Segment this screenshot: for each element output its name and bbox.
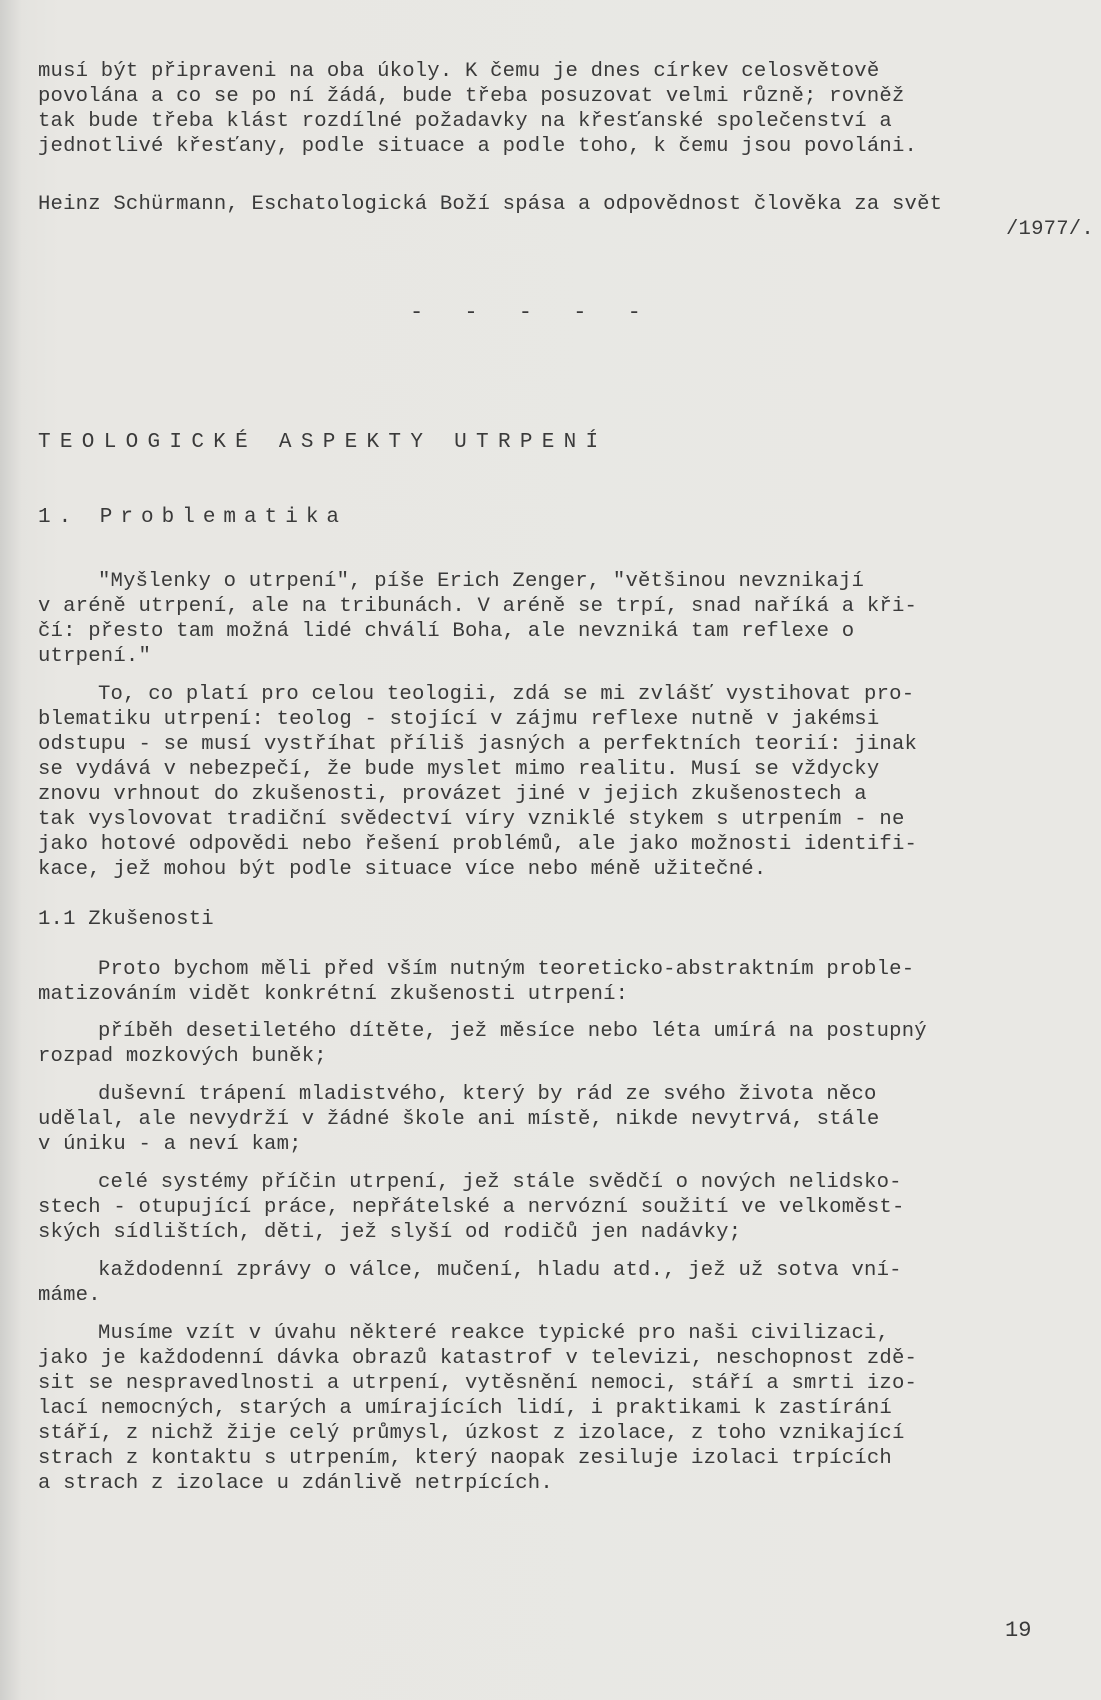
text-line: a strach z izolace u zdánlivě netrpících… xyxy=(38,1472,553,1496)
text-line: matizováním vidět konkrétní zkušenosti u… xyxy=(38,983,628,1007)
text-line: stáří, z nichž žije celý průmysl, úzkost… xyxy=(38,1422,905,1446)
text-line: znovu vrhnout do zkušenosti, provázet ji… xyxy=(38,783,867,807)
text-line: "Myšlenky o utrpení", píše Erich Zenger,… xyxy=(98,570,864,594)
text-line: duševní trápení mladistvého, který by rá… xyxy=(98,1083,877,1107)
text-line: každodenní zprávy o válce, mučení, hladu… xyxy=(98,1259,902,1283)
text-line: příběh desetiletého dítěte, jež měsíce n… xyxy=(98,1020,927,1044)
text-line: rozpad mozkových buněk; xyxy=(38,1045,327,1069)
text-line: čí: přesto tam možná lidé chválí Boha, a… xyxy=(38,620,854,644)
section-separator: - - - - - xyxy=(410,300,655,325)
text-line: tak bude třeba klást rozdílné požadavky … xyxy=(38,110,892,134)
text-line: jako hotové odpovědi nebo řešení problém… xyxy=(38,833,917,857)
text-line: v aréně utrpení, ale na tribunách. V aré… xyxy=(38,595,917,619)
text-line: Proto bychom měli před vším nutným teore… xyxy=(98,958,914,982)
text-line: v úniku - a neví kam; xyxy=(38,1133,302,1157)
text-line: ských sídlištích, děti, jež slyší od rod… xyxy=(38,1221,741,1245)
text-line: tak vyslovovat tradiční svědectví víry v… xyxy=(38,808,905,832)
text-line: celé systémy příčin utrpení, jež stále s… xyxy=(98,1171,902,1195)
section-heading: 1. Problematika xyxy=(38,505,347,531)
text-line: se vydává v nebezpečí, že bude myslet mi… xyxy=(38,758,879,782)
subsection-heading: 1.1 Zkušenosti xyxy=(38,908,214,932)
text-line: odstupu - se musí vystříhat příliš jasný… xyxy=(38,733,917,757)
text-line: sit se nespravedlnosti a utrpení, vytěsn… xyxy=(38,1372,917,1396)
text-line: jednotlivé křesťany, podle situace a pod… xyxy=(38,135,917,159)
page-title: TEOLOGICKÉ ASPEKTY UTRPENÍ xyxy=(38,430,607,456)
text-line: lací nemocných, starých a umírajících li… xyxy=(38,1397,892,1421)
page-number: 19 xyxy=(1005,1618,1031,1643)
text-line: povolána a co se po ní žádá, bude třeba … xyxy=(38,85,905,109)
text-line: kace, jež mohou být podle situace více n… xyxy=(38,858,766,882)
text-line: strach z kontaktu s utrpením, který naop… xyxy=(38,1447,892,1471)
citation: Heinz Schürmann, Eschatologická Boží spá… xyxy=(38,193,942,217)
text-line: To, co platí pro celou teologii, zdá se … xyxy=(98,683,914,707)
text-line: musí být připraveni na oba úkoly. K čemu… xyxy=(38,60,879,84)
text-line: Musíme vzít v úvahu některé reakce typic… xyxy=(98,1322,889,1346)
text-line: utrpení." xyxy=(38,645,151,669)
text-line: udělal, ale nevydrží v žádné škole ani m… xyxy=(38,1108,879,1132)
text-line: stech - otupující práce, nepřátelské a n… xyxy=(38,1196,905,1220)
text-line: blematiku utrpení: teolog - stojící v zá… xyxy=(38,708,879,732)
citation-year: /1977/. xyxy=(1006,218,1094,242)
text-line: máme. xyxy=(38,1284,101,1308)
text-line: jako je každodenní dávka obrazů katastro… xyxy=(38,1347,917,1371)
document-page: musí být připraveni na oba úkoly. K čemu… xyxy=(0,0,1101,1700)
